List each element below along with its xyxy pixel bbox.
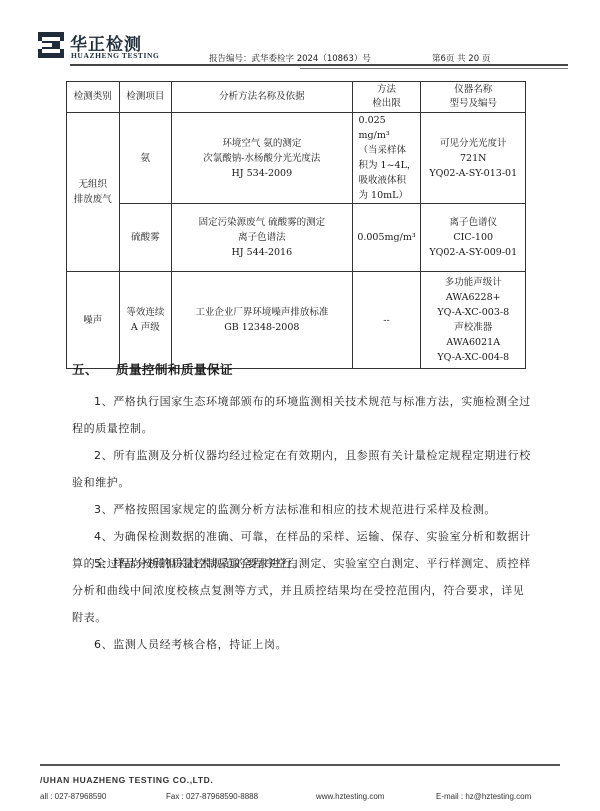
paragraph-2: 2、所有监测及分析仪器均经过检定在有效期内，且参照有关计量检定规程定期进行校验和… — [72, 442, 532, 496]
footer-website[interactable]: www.hztesting.com — [316, 792, 384, 801]
header-instrument: 仪器名称 型号及编号 — [421, 82, 526, 113]
footer-rule — [40, 764, 560, 766]
section-title: 质量控制和质量保证 — [116, 362, 233, 377]
methods-table: 检测类别 检测项目 分析方法名称及依据 方法 检出限 仪器名称 型号及编号 无组… — [66, 81, 526, 369]
huazheng-logo-icon — [38, 32, 64, 58]
report-number: 报告编号：武华委检字 2024（10863）号 — [209, 52, 371, 64]
category-cell: 噪声 — [67, 272, 120, 369]
method-cell: 环境空气 氨的测定 次氯酸钠-水杨酸分光光度法 HJ 534-2009 — [172, 113, 352, 204]
instrument-cell: 离子色谱仪 CIC-100 YQ02-A-SY-009-01 — [421, 204, 526, 272]
category-cell: 无组织 排放废气 — [67, 113, 120, 272]
method-cell: 工业企业厂界环境噪声排放标准 GB 12348-2008 — [172, 272, 352, 369]
footer-company: /UHAN HUAZHENG TESTING CO.,LTD. — [40, 775, 213, 785]
header-item: 检测项目 — [119, 82, 172, 113]
company-logo: 华正检测 HUAZHENG TESTING — [38, 31, 178, 61]
instrument-cell: 可见分光光度计 721N YQ02-A-SY-013-01 — [421, 113, 526, 204]
header-rule-secondary — [300, 68, 568, 69]
item-cell: 等效连续 A 声级 — [119, 272, 172, 369]
section-heading: 五、质量控制和质量保证 — [72, 360, 233, 378]
limit-cell: 0.005mg/m³ — [352, 204, 421, 272]
limit-cell: -- — [352, 272, 421, 369]
logo-english-name: HUAZHENG TESTING — [71, 51, 159, 60]
header-category: 检测类别 — [67, 82, 120, 113]
table-header-row: 检测类别 检测项目 分析方法名称及依据 方法 检出限 仪器名称 型号及编号 — [67, 82, 526, 113]
footer-tel: all : 027-87968590 — [40, 792, 106, 801]
header-rule — [70, 64, 568, 66]
instrument-cell: 多功能声级计 AWA6228+ YQ-A-XC-003-8 声校准器 AWA60… — [421, 272, 526, 369]
header-method: 分析方法名称及依据 — [172, 82, 352, 113]
table-row: 无组织 排放废气 氨 环境空气 氨的测定 次氯酸钠-水杨酸分光光度法 HJ 53… — [67, 113, 526, 204]
item-cell: 氨 — [119, 113, 172, 204]
paragraph-3: 3、严格按照国家规定的监测分析方法标准和相应的技术规范进行采样及检测。 — [72, 496, 532, 523]
section-number: 五、 — [72, 362, 98, 377]
table-row: 硫酸雾 固定污染源废气 硫酸雾的测定 离子色谱法 HJ 544-2016 0.0… — [67, 204, 526, 272]
method-cell: 固定污染源废气 硫酸雾的测定 离子色谱法 HJ 544-2016 — [172, 204, 352, 272]
footer-fax: Fax : 027-87968590-8888 — [166, 792, 258, 801]
paragraph-5: 5、样品分析的质量控制采取全程序空白测定、实验室空白测定、平行样测定、质控样分析… — [72, 550, 532, 631]
footer-email[interactable]: E-mail : hz@hztesting.com — [436, 792, 531, 801]
header-limit: 方法 检出限 — [352, 82, 421, 113]
page-indicator: 第6页 共 20 页 — [432, 52, 490, 64]
limit-cell: 0.025 mg/m³ （当采样体 积为 1~4L， 吸收液体积 为 10mL） — [352, 113, 421, 204]
paragraph-6: 6、监测人员经考核合格，持证上岗。 — [72, 631, 532, 658]
paragraph-1: 1、严格执行国家生态环境部颁布的环境监测相关技术规范与标准方法，实施检测全过程的… — [72, 388, 532, 442]
table-row: 噪声 等效连续 A 声级 工业企业厂界环境噪声排放标准 GB 12348-200… — [67, 272, 526, 369]
item-cell: 硫酸雾 — [119, 204, 172, 272]
